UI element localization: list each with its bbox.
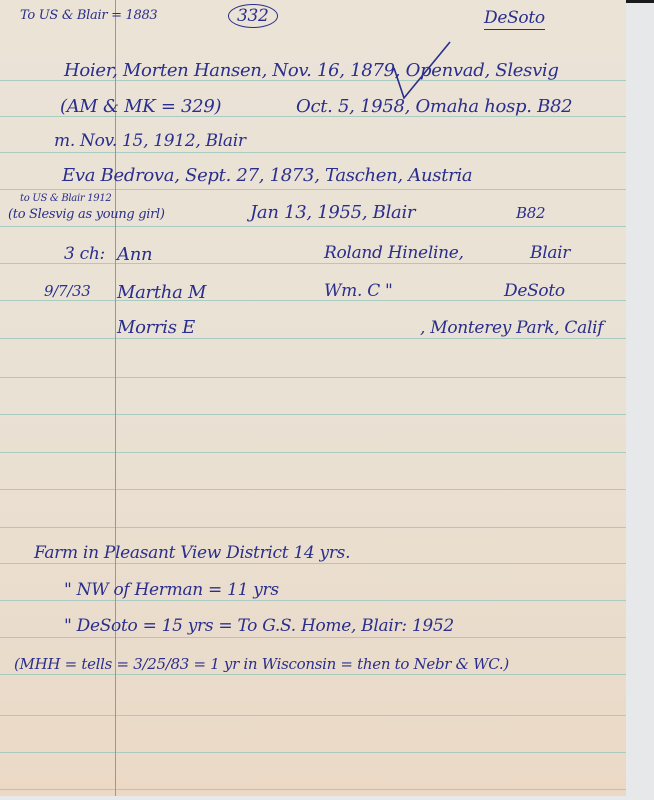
- spouse-line: Eva Bedrova, Sept. 27, 1873, Taschen, Au…: [62, 165, 472, 186]
- rule-line: [0, 600, 626, 601]
- arrival-note: To US & Blair = 1883: [20, 8, 157, 23]
- rule-line: [0, 414, 626, 415]
- rule-line: [0, 338, 626, 339]
- margin-line: [115, 0, 116, 796]
- rule-line: [0, 527, 626, 528]
- rule-line: [0, 452, 626, 453]
- child-spouse: Wm. C ": [324, 281, 393, 301]
- rule-line: [0, 637, 626, 638]
- marriage-line: m. Nov. 15, 1912, Blair: [54, 131, 246, 151]
- spouse-note-top: to US & Blair 1912: [20, 193, 111, 204]
- rule-line: [0, 563, 626, 564]
- child-name: Morris E: [117, 317, 195, 338]
- history-line-3: " DeSoto = 15 yrs = To G.S. Home, Blair:…: [64, 616, 454, 636]
- children-date-note: 9/7/33: [44, 282, 90, 300]
- child-name: Ann: [117, 244, 152, 265]
- death-line: Oct. 5, 1958, Omaha hosp. B82: [296, 96, 572, 117]
- rule-line: [0, 489, 626, 490]
- rule-line: [0, 226, 626, 227]
- rule-line: [0, 189, 626, 190]
- history-line-2: " NW of Herman = 11 yrs: [64, 580, 279, 600]
- spouse-death-line: Jan 13, 1955, Blair: [250, 202, 415, 223]
- scan-edge: [625, 0, 654, 3]
- record-number: 332: [228, 4, 278, 28]
- spouse-note-bottom: (to Slesvig as young girl): [8, 207, 165, 222]
- child-place: Blair: [530, 243, 570, 263]
- child-place: , Monterey Park, Calif: [420, 318, 603, 338]
- spouse-burial: B82: [516, 204, 545, 222]
- rule-line: [0, 377, 626, 378]
- ruled-paper: To US & Blair = 1883 332 DeSoto Hoier, M…: [0, 0, 626, 796]
- history-line-4: (MHH = tells = 3/25/83 = 1 yr in Wiscons…: [14, 655, 509, 673]
- location-heading: DeSoto: [484, 8, 545, 30]
- child-place: DeSoto: [504, 281, 565, 301]
- child-spouse: Roland Hineline,: [324, 243, 464, 263]
- children-label: 3 ch:: [64, 244, 105, 264]
- history-line-1: Farm in Pleasant View District 14 yrs.: [34, 543, 350, 563]
- rule-line: [0, 752, 626, 753]
- child-name: Martha M: [117, 282, 206, 303]
- name-line: Hoier, Morten Hansen, Nov. 16, 1879, Ope…: [64, 60, 559, 81]
- rule-line: [0, 715, 626, 716]
- cross-reference: (AM & MK = 329): [60, 96, 221, 117]
- rule-line: [0, 152, 626, 153]
- rule-line: [0, 789, 626, 790]
- rule-line: [0, 674, 626, 675]
